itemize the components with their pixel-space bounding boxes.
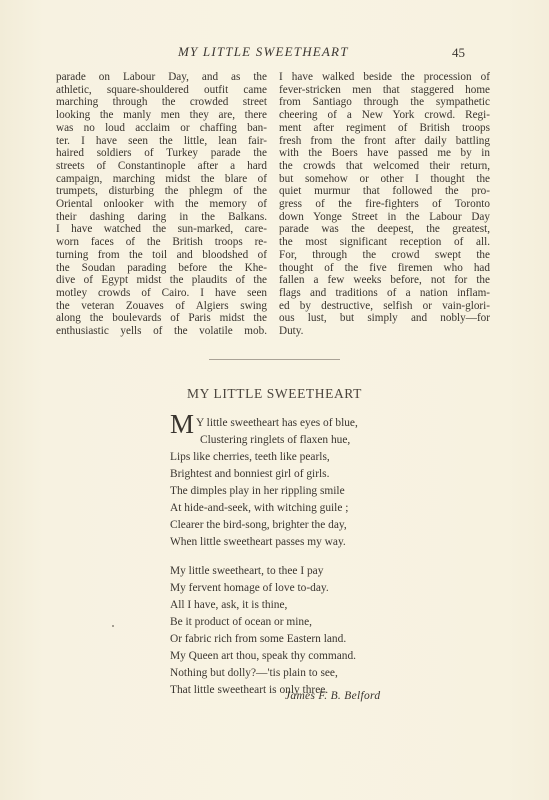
text-line: turning from the toil and bloodshed of: [56, 249, 267, 262]
poem-line: Be it product of ocean or mine,: [170, 616, 312, 628]
poem-line: Lips like cherries, teeth like pearls,: [170, 451, 330, 463]
poem-line: Clearer the bird-song, brighter the day,: [170, 519, 347, 531]
text-line: campaign, marching midst the blare of: [56, 173, 267, 186]
text-line: gress of the fire-fighters of Toronto: [279, 198, 490, 211]
text-line: enthusiastic yells of the volatile mob.: [56, 325, 267, 338]
text-line: along the boulevards of Paris midst the: [56, 312, 267, 325]
text-line: the veteran Zouaves of Algiers swing: [56, 300, 267, 313]
article-left-column: parade on Labour Day, and as the athleti…: [56, 71, 267, 338]
poem-title: MY LITTLE SWEETHEART: [0, 386, 549, 402]
text-line: Duty.: [279, 325, 490, 338]
text-line: Oriental onlooker with the memory of: [56, 198, 267, 211]
poem-line: The dimples play in her rippling smile: [170, 485, 345, 497]
text-line: cheering of a New York crowd. Regi-: [279, 109, 490, 122]
text-line: fresh from the front after daily battlin…: [279, 135, 490, 148]
text-line: ment after regiment of British troops: [279, 122, 490, 135]
text-line: with the Boers have passed me by in: [279, 147, 490, 160]
article-right-column: I have walked beside the procession of f…: [279, 71, 490, 338]
text-line: the crowds that welcomed their return,: [279, 160, 490, 173]
text-line: was no loud acclaim or chaffing ban-: [56, 122, 267, 135]
poem-author: James F. B. Belford: [285, 690, 380, 702]
drop-cap: M: [170, 411, 194, 438]
poem-line: When little sweetheart passes my way.: [170, 536, 346, 548]
text-line: marching through the crowded street: [56, 96, 267, 109]
text-line: haired soldiers of Turkey parade the: [56, 147, 267, 160]
poem-line: All I have, ask, it is thine,: [170, 599, 287, 611]
text-line: from Santiago through the sympathetic: [279, 96, 490, 109]
text-line: dive of Egypt midst the plaudits of the: [56, 274, 267, 287]
text-line: motley crowds of Cairo. I have seen: [56, 287, 267, 300]
poem-line: My Queen art thou, speak thy command.: [170, 650, 356, 662]
text-line: ter. I have seen the little, lean fair-: [56, 135, 267, 148]
text-line: thought of the five firemen who had: [279, 262, 490, 275]
text-line: quiet murmur that followed the pro-: [279, 185, 490, 198]
poem-line: Clustering ringlets of flaxen hue,: [200, 434, 350, 446]
running-title: MY LITTLE SWEETHEART: [178, 44, 349, 60]
text-line: For, through the crowd swept the: [279, 249, 490, 262]
poem-line: Brightest and bonniest girl of girls.: [170, 468, 329, 480]
text-line: flags and traditions of a nation inflam-: [279, 287, 490, 300]
section-divider: [209, 359, 340, 360]
text-line: streets of Constantinople after a hard: [56, 160, 267, 173]
text-line: I have walked beside the procession of: [279, 71, 490, 84]
text-line: worn faces of the British troops re-: [56, 236, 267, 249]
text-line: fallen a few weeks before, not for the: [279, 274, 490, 287]
text-line: ed by destructive, selfish or vain-glori…: [279, 300, 490, 313]
page-number: 45: [452, 45, 465, 61]
poem-line: My little sweetheart, to thee I pay: [170, 565, 323, 577]
text-line: I have watched the sun-marked, care-: [56, 223, 267, 236]
text-line: down Yonge Street in the Labour Day: [279, 211, 490, 224]
text-line: parade on Labour Day, and as the: [56, 71, 267, 84]
paper-speck: [112, 625, 114, 627]
running-head: MY LITTLE SWEETHEART 45: [0, 44, 549, 60]
poem-line: Y little sweetheart has eyes of blue,: [196, 417, 358, 429]
text-line: trumpets, disturbing the phlegm of the: [56, 185, 267, 198]
poem-line: Or fabric rich from some Eastern land.: [170, 633, 346, 645]
text-line: looking the manly men they are, there: [56, 109, 267, 122]
text-line: fever-stricken men that staggered home: [279, 84, 490, 97]
text-line: athletic, square-shouldered outfit came: [56, 84, 267, 97]
poem-line: My fervent homage of love to-day.: [170, 582, 329, 594]
poem-line: Nothing but dolly?—'tis plain to see,: [170, 667, 338, 679]
text-line: the Soudan parading before the Khe-: [56, 262, 267, 275]
text-line: the most significant reception of all.: [279, 236, 490, 249]
text-line: their dashing daring in the Balkans.: [56, 211, 267, 224]
text-line: parade was the deepest, the greatest,: [279, 223, 490, 236]
book-page: MY LITTLE SWEETHEART 45 parade on Labour…: [0, 0, 549, 800]
text-line: but somehow or other I thought the: [279, 173, 490, 186]
text-line: ous lust, but simply and nobly—for: [279, 312, 490, 325]
poem-line: At hide-and-seek, with witching guile ;: [170, 502, 348, 514]
